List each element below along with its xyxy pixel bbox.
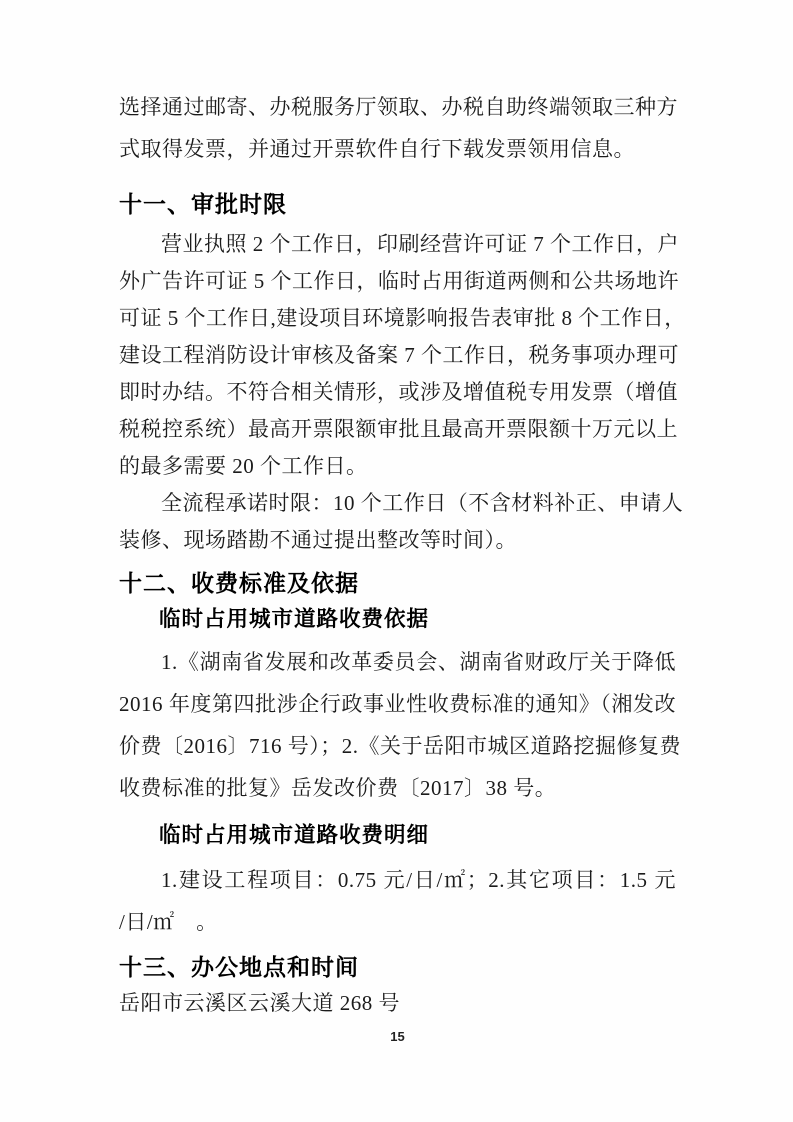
text-line: 装修、现场踏勘不通过提出整改等时间）。 xyxy=(119,522,676,559)
text-line: 建设工程消防设计审核及备案 7 个工作日，税务事项办理可 xyxy=(119,337,676,374)
text-line: 全流程承诺时限：10 个工作日（不含材料补正、申请人 xyxy=(119,485,676,522)
fee-detail-subheading: 临时占用城市道路收费明细 xyxy=(119,821,676,849)
section-11-paragraph-1: 营业执照 2 个工作日，印刷经营许可证 7 个工作日，户 外广告许可证 5 个工… xyxy=(119,226,676,485)
text-line: 可证 5 个工作日,建设项目环境影响报告表审批 8 个工作日， xyxy=(119,300,676,337)
section-13-heading: 十三、办公地点和时间 xyxy=(119,953,676,981)
text-line: 营业执照 2 个工作日，印刷经营许可证 7 个工作日，户 xyxy=(119,226,676,263)
text-line: 式取得发票，并通过开票软件自行下载发票领用信息。 xyxy=(119,128,676,170)
document-page: 选择通过邮寄、办税服务厅领取、办税自助终端领取三种方 式取得发票，并通过开票软件… xyxy=(0,0,793,1122)
section-11-paragraph-2: 全流程承诺时限：10 个工作日（不含材料补正、申请人 装修、现场踏勘不通过提出整… xyxy=(119,485,676,559)
intro-paragraph: 选择通过邮寄、办税服务厅领取、办税自助终端领取三种方 式取得发票，并通过开票软件… xyxy=(119,86,676,170)
text-line: 价费〔2016〕716 号）；2.《关于岳阳市城区道路挖掘修复费 xyxy=(119,725,676,767)
text-line: /日/㎡ 。 xyxy=(119,901,676,943)
section-11-heading: 十一、审批时限 xyxy=(119,190,676,218)
text-line: 税税控系统）最高开票限额审批且最高开票限额十万元以上 xyxy=(119,411,676,448)
fee-basis-subheading: 临时占用城市道路收费依据 xyxy=(119,605,676,633)
fee-basis-paragraph: 1.《湖南省发展和改革委员会、湖南省财政厅关于降低 2016 年度第四批涉企行政… xyxy=(119,641,676,809)
text-line: 1.建设工程项目：0.75 元/日/㎡；2.其它项目：1.5 元 xyxy=(119,859,676,901)
fee-detail-paragraph: 1.建设工程项目：0.75 元/日/㎡；2.其它项目：1.5 元 /日/㎡ 。 xyxy=(119,859,676,943)
text-line: 收费标准的批复》岳发改价费〔2017〕38 号。 xyxy=(119,767,676,809)
text-line: 外广告许可证 5 个工作日，临时占用街道两侧和公共场地许 xyxy=(119,263,676,300)
text-line: 即时办结。不符合相关情形，或涉及增值税专用发票（增值 xyxy=(119,374,676,411)
section-12-heading: 十二、收费标准及依据 xyxy=(119,569,676,597)
text-line: 1.《湖南省发展和改革委员会、湖南省财政厅关于降低 xyxy=(119,641,676,683)
text-line: 的最多需要 20 个工作日。 xyxy=(119,448,676,485)
office-address: 岳阳市云溪区云溪大道 268 号 xyxy=(119,985,676,1021)
text-line: 选择通过邮寄、办税服务厅领取、办税自助终端领取三种方 xyxy=(119,86,676,128)
page-number: 15 xyxy=(119,1029,676,1044)
text-line: 2016 年度第四批涉企行政事业性收费标准的通知》（湘发改 xyxy=(119,683,676,725)
